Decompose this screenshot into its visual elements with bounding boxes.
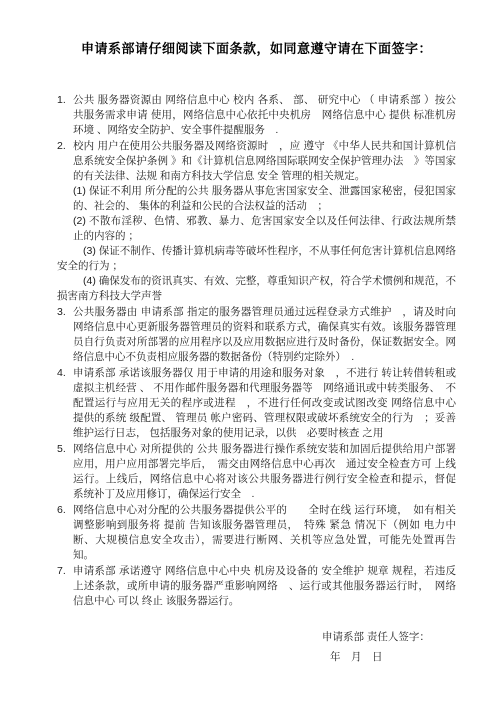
term-item: 7.申请系部 承诺遵守 网络信息中心中央 机房及设备的 安全维护 规章 规程，若… [57,564,456,609]
term-number: 7. [57,564,66,579]
term-subitem: (3) 保证不制作、传播计算机病毒等破坏性程序，不从事任何危害计算机信息网络安全… [57,244,456,274]
term-number: 4. [57,366,66,381]
term-item: 1.公共 服务器资源由 网络信息中心 校内 各系、 部、 研究中心 （ 申请系部… [57,93,456,138]
term-subitem: (4) 确保发布的资讯真实、有效、完整，尊重知识产权，符合学术惯例和规范，不损害… [57,274,456,304]
term-item: 4.申请系部 承诺该服务器仅 用于申请的用途和服务对象 ，不进行 转让转借转租或… [57,366,456,441]
term-item: 5.网络信息中心 对所提供的 公共 服务器进行操作系统安装和加固后提供给用户部署… [57,442,456,502]
term-text: 公共 服务器资源由 网络信息中心 校内 各系、 部、 研究中心 （ 申请系部 ）… [73,93,456,138]
term-number: 2. [57,139,66,154]
signature-label: 申请系部 责任人签字： [322,627,456,647]
term-item: 3.公共服务器由 申请系部 指定的服务器管理员通过远程登录方式维护 ，请及时向网… [57,305,456,365]
term-text: 申请系部 承诺遵守 网络信息中心中央 机房及设备的 安全维护 规章 规程，若违反… [73,564,456,609]
term-text: 公共服务器由 申请系部 指定的服务器管理员通过远程登录方式维护 ，请及时向网络信… [73,305,456,365]
term-number: 6. [57,503,66,518]
term-item: 6.网络信息中心对分配的公共服务器提供公平的 全时在线 运行环境， 如有相关调整… [57,503,456,563]
document-page: 申请系部请仔细阅读下面条款，如同意遵守请在下面签字： 1.公共 服务器资源由 网… [0,0,500,707]
term-number: 1. [57,93,66,108]
term-subitem: (1) 保证不利用 所分配的公共 服务器从事危害国家安全、泄露国家秘密，侵犯国家… [73,184,456,214]
term-text: 网络信息中心 对所提供的 公共 服务器进行操作系统安装和加固后提供给用户部署应用… [73,442,456,502]
term-text: 网络信息中心对分配的公共服务器提供公平的 全时在线 运行环境， 如有相关调整影响… [73,503,456,563]
term-subitem: (2) 不散布淫秽、色情、邪教、暴力、危害国家安全以及任何法律、行政法规所禁止的… [73,214,456,244]
signature-block: 申请系部 责任人签字： 年 月 日 [322,627,456,667]
signature-date-label: 年 月 日 [322,647,456,667]
term-number: 5. [57,442,66,457]
term-text: 校内 用户在使用公共服务器及网络资源时 ，应 遵守 《中华人民共和国计算机信息系… [73,139,456,184]
term-number: 3. [57,305,66,320]
page-title: 申请系部请仔细阅读下面条款，如同意遵守请在下面签字： [57,38,456,57]
term-text: 申请系部 承诺该服务器仅 用于申请的用途和服务对象 ，不进行 转让转借转租或 虚… [73,366,456,441]
terms-list: 1.公共 服务器资源由 网络信息中心 校内 各系、 部、 研究中心 （ 申请系部… [57,93,456,609]
term-item: 2.校内 用户在使用公共服务器及网络资源时 ，应 遵守 《中华人民共和国计算机信… [57,139,456,304]
